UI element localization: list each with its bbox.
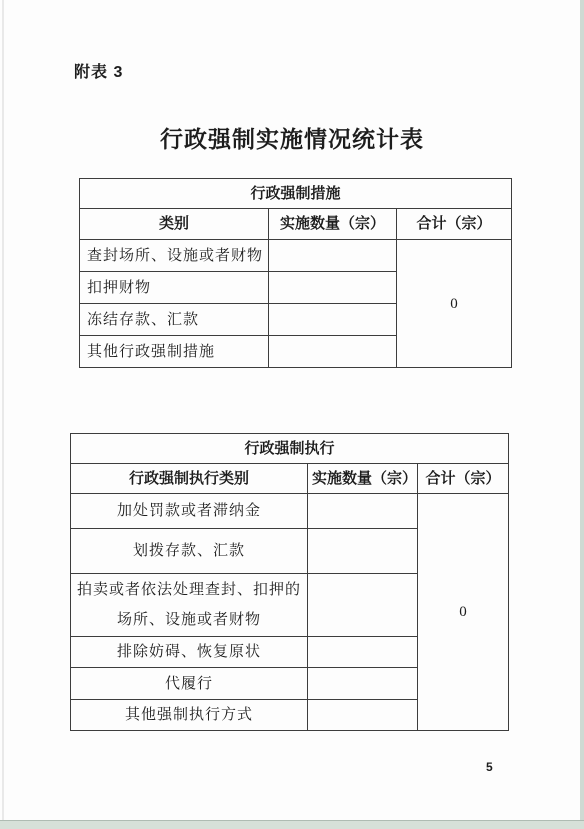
page-number: 5 <box>486 760 493 774</box>
row-label: 拍卖或者依法处理查封、扣押的场所、设施或者财物 <box>71 574 308 637</box>
scan-edge-bottom <box>0 820 584 829</box>
row-label: 加处罚款或者滞纳金 <box>71 494 308 529</box>
column-header-total: 合计（宗） <box>418 464 509 494</box>
table-caption-row: 行政强制执行 <box>71 434 509 464</box>
quantity-cell <box>269 240 397 272</box>
quantity-cell <box>308 668 418 700</box>
attachment-label: 附表 3 <box>74 59 123 82</box>
quantity-cell <box>308 700 418 731</box>
scanned-document-page: { "page": { "attachment_label": "附表 3", … <box>0 0 584 829</box>
row-label: 划拨存款、汇款 <box>71 529 308 574</box>
table-row: 查封场所、设施或者财物 0 <box>80 240 512 272</box>
row-label: 其他强制执行方式 <box>71 700 308 731</box>
quantity-cell <box>269 304 397 336</box>
enforcement-table: 行政强制执行 行政强制执行类别 实施数量（宗） 合计（宗） 加处罚款或者滞纳金 … <box>70 433 509 731</box>
column-header-quantity: 实施数量（宗） <box>269 209 397 240</box>
row-label: 排除妨碍、恢复原状 <box>71 637 308 668</box>
measures-table: 行政强制措施 类别 实施数量（宗） 合计（宗） 查封场所、设施或者财物 0 扣押… <box>79 178 512 368</box>
total-cell: 0 <box>397 240 512 368</box>
row-label: 冻结存款、汇款 <box>80 304 269 336</box>
quantity-cell <box>308 574 418 637</box>
column-header-category: 行政强制执行类别 <box>71 464 308 494</box>
document-title: 行政强制实施情况统计表 <box>0 121 584 154</box>
table-header-row: 行政强制执行类别 实施数量（宗） 合计（宗） <box>71 464 509 494</box>
column-header-category: 类别 <box>80 209 269 240</box>
row-label: 查封场所、设施或者财物 <box>80 240 269 272</box>
total-cell: 0 <box>418 494 509 731</box>
table-row: 加处罚款或者滞纳金 0 <box>71 494 509 529</box>
row-label: 扣押财物 <box>80 272 269 304</box>
quantity-cell <box>308 637 418 668</box>
quantity-cell <box>269 336 397 368</box>
column-header-total: 合计（宗） <box>397 209 512 240</box>
column-header-quantity: 实施数量（宗） <box>308 464 418 494</box>
quantity-cell <box>308 529 418 574</box>
table-caption-row: 行政强制措施 <box>80 179 512 209</box>
measures-table-caption: 行政强制措施 <box>80 179 512 209</box>
enforcement-table-caption: 行政强制执行 <box>71 434 509 464</box>
row-label: 其他行政强制措施 <box>80 336 269 368</box>
quantity-cell <box>308 494 418 529</box>
table-header-row: 类别 实施数量（宗） 合计（宗） <box>80 209 512 240</box>
quantity-cell <box>269 272 397 304</box>
row-label: 代履行 <box>71 668 308 700</box>
